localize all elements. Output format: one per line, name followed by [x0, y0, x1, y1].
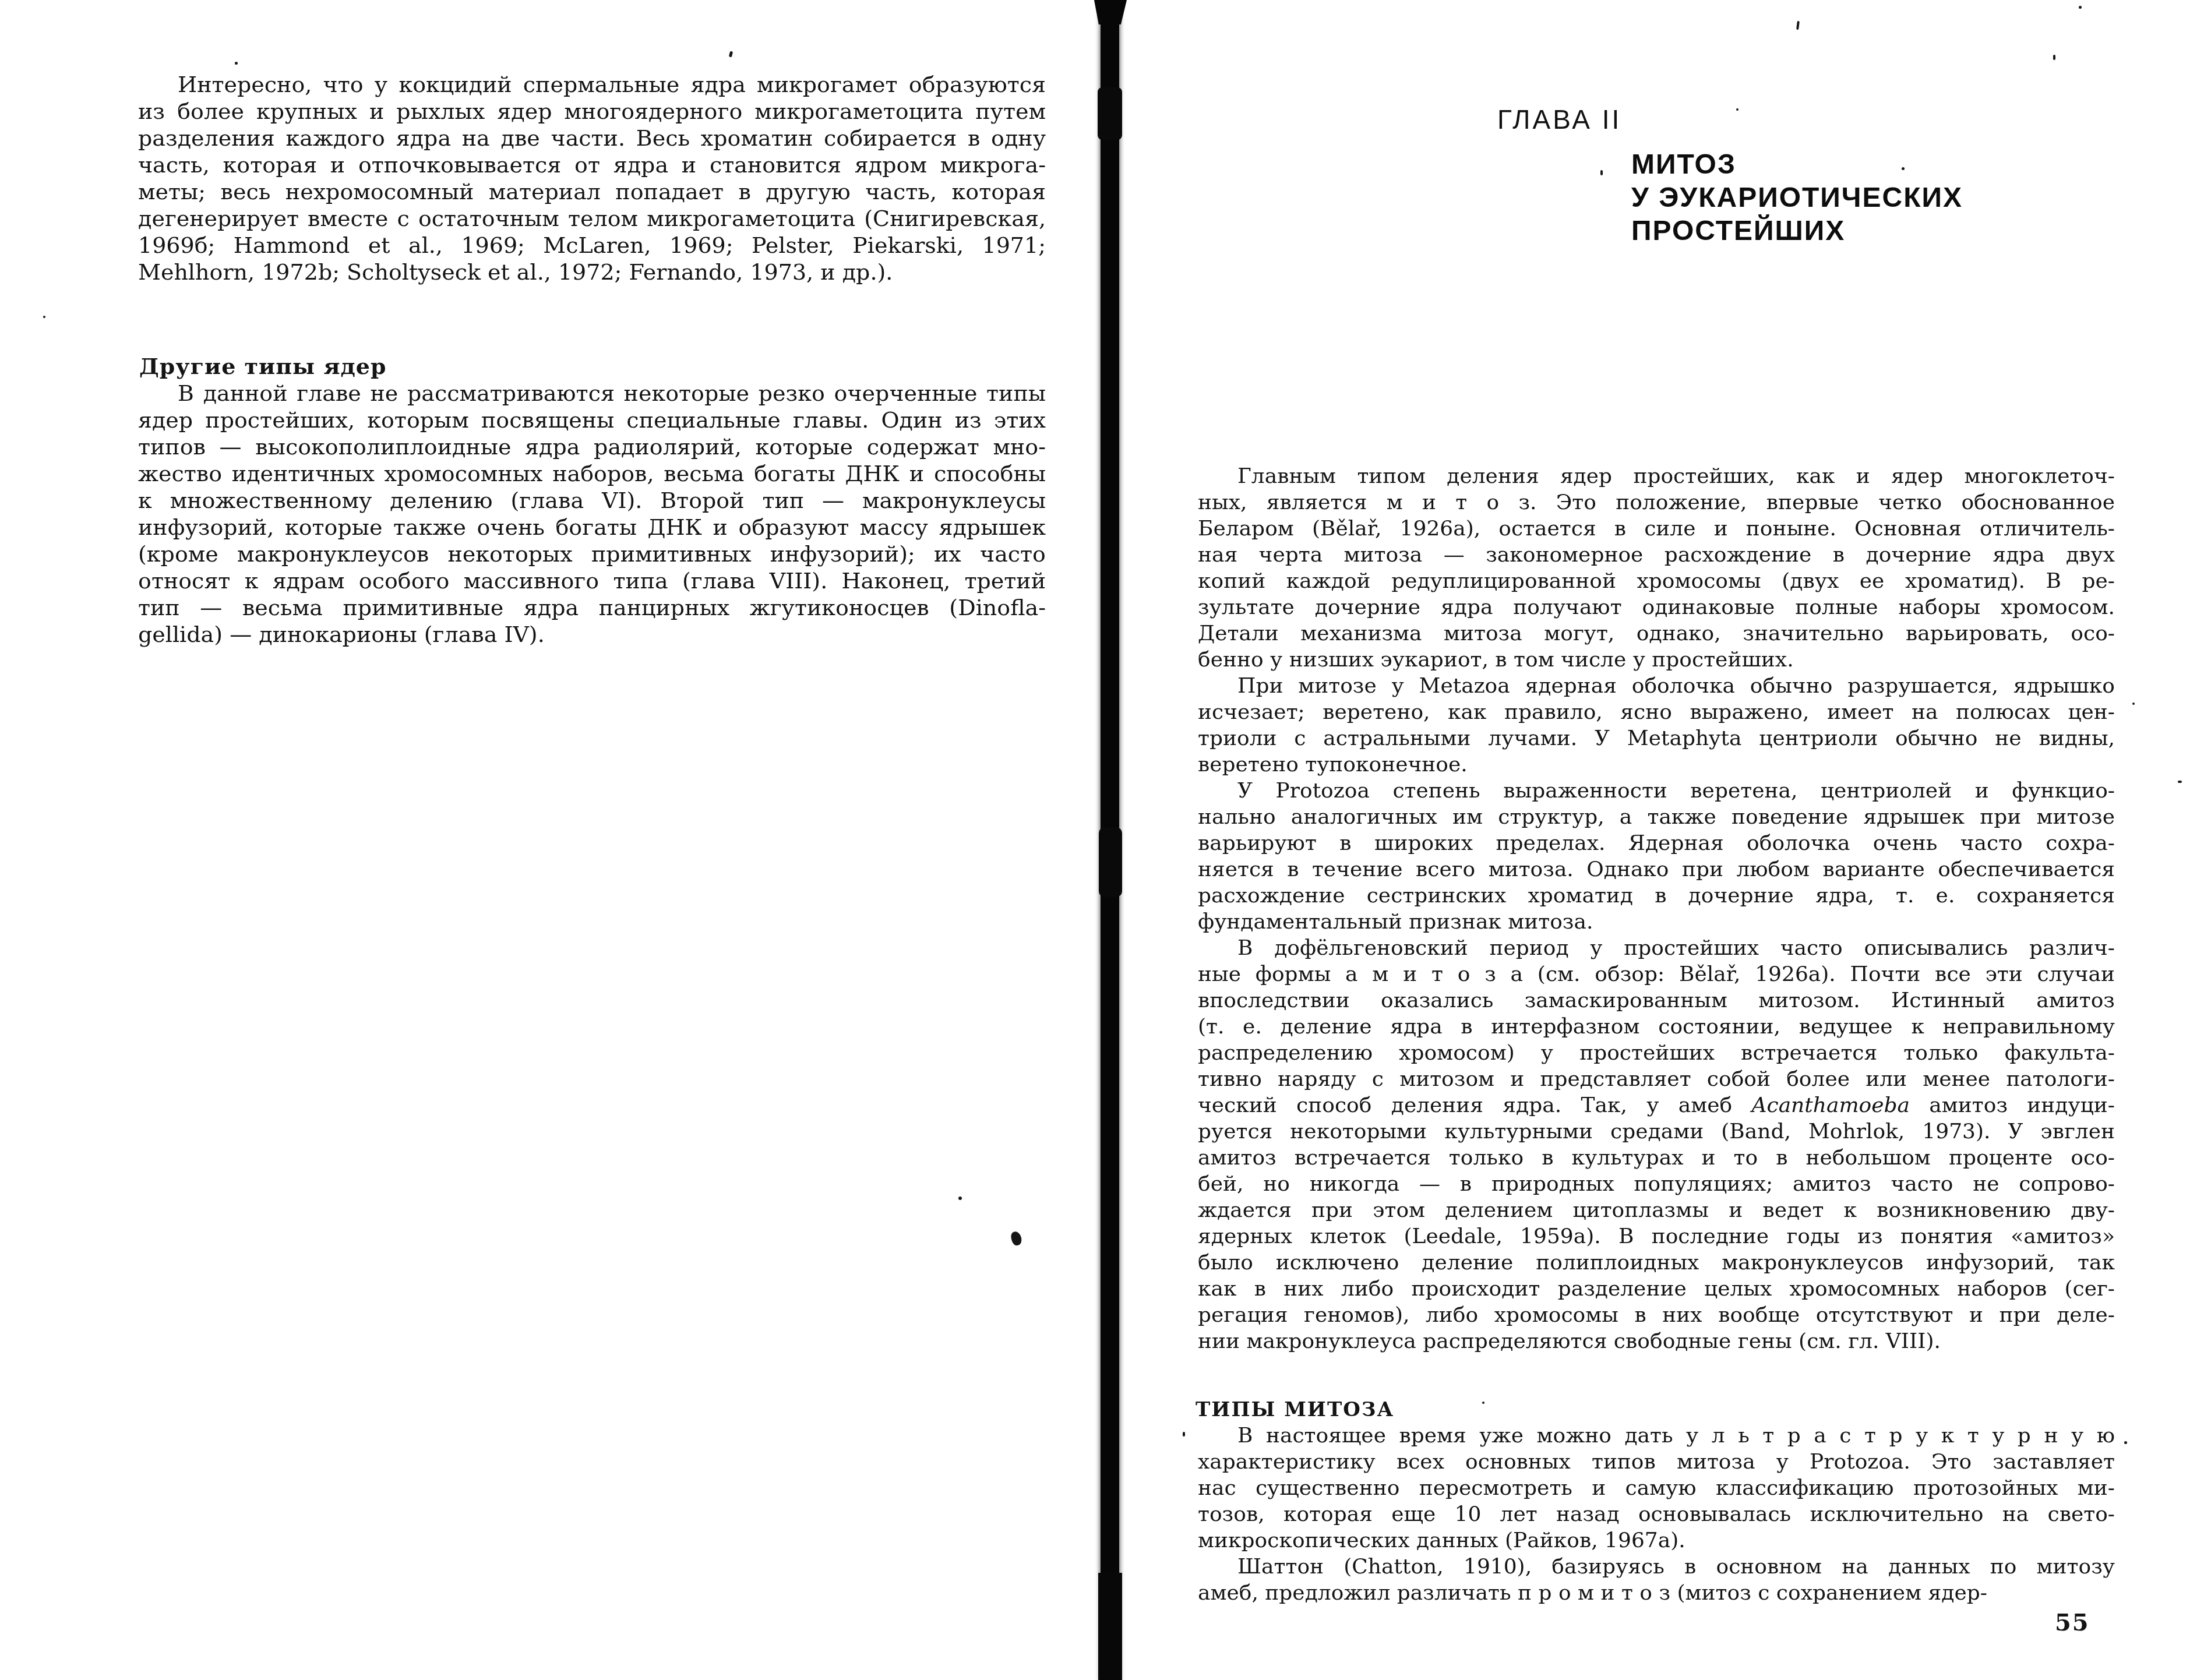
text-line: амеб, предложил различать п р о м и т о …: [1198, 1580, 2115, 1606]
text-line: Главным типом деления ядер простейших, к…: [1198, 463, 2115, 489]
text-line: ядерных клеток (Leedale, 1959a). В после…: [1198, 1223, 2115, 1250]
scan-speck: [958, 1197, 962, 1200]
text-line: микроскопических данных (Райков, 1967а).: [1198, 1527, 2115, 1554]
scan-speck: [1796, 21, 1800, 30]
text-line: 1969б; Hammond et al., 1969; McLaren, 19…: [138, 232, 1046, 259]
text-line: относят к ядрам особого массивного типа …: [138, 567, 1046, 594]
text-line: инфузорий, которые также очень богаты ДН…: [138, 514, 1046, 541]
text-line: фундаментальный признак митоза.: [1198, 909, 2115, 935]
scan-speck: [2079, 6, 2082, 9]
chapter-number-label: ГЛАВА II: [1497, 104, 1621, 135]
text-line: тозов, которая еще 10 лет назад основыва…: [1198, 1501, 2115, 1527]
scan-speck: [2132, 703, 2135, 705]
scan-speck: [2053, 55, 2055, 60]
text-line: В настоящее время уже можно дать у л ь т…: [1198, 1423, 2115, 1449]
text-line: было исключено деление полиплоидных макр…: [1198, 1250, 2115, 1276]
text-line: дегенерирует вместе с остаточным телом м…: [138, 205, 1046, 232]
text-line: нии макронуклеуса распределяются свободн…: [1198, 1328, 2115, 1354]
text-line: как в них либо происходит разделение цел…: [1198, 1276, 2115, 1302]
left-paragraph-other-nucleus-types: В данной главе не рассматриваются некото…: [138, 380, 1046, 648]
text-line: ядер простейших, которым посвящены специ…: [138, 407, 1046, 433]
text-line: бенно у низших эукариот, в том числе у п…: [1198, 647, 2115, 673]
scan-speck: [729, 51, 733, 58]
text-line: ные формы а м и т о з а (см. обзор: Běla…: [1198, 961, 2115, 987]
book-binding-edge-irregularity: [1099, 827, 1122, 897]
right-paragraph-amitosis: В дофёльгеновский период у простейших ча…: [1198, 935, 2115, 1354]
text-line: ная черта митоза — закономерное расхожде…: [1198, 542, 2115, 568]
scan-speck: [235, 62, 238, 65]
text-line: копий каждой редуплицированной хромосомы…: [1198, 568, 2115, 594]
right-paragraph-mitosis-main-type: Главным типом деления ядер простейших, к…: [1198, 463, 2115, 673]
text-line: к множественному делению (глава VI). Вто…: [138, 487, 1046, 514]
scan-speck: [1183, 1432, 1185, 1437]
text-line: (т. е. деление ядра в интерфазном состоя…: [1198, 1014, 2115, 1040]
text-line: разделения каждого ядра на две части. Ве…: [138, 125, 1046, 151]
text-line: Беларом (Bělař, 1926a), остается в силе …: [1198, 516, 2115, 542]
text-line: регация геномов), либо хромосомы в них в…: [1198, 1302, 2115, 1328]
right-section-heading-mitosis-types: ТИПЫ МИТОЗА: [1196, 1398, 1394, 1421]
text-line: няется в течение всего митоза. Однако пр…: [1198, 856, 2115, 883]
text-line: типов — высокополиплоидные ядра радиоляр…: [138, 433, 1046, 460]
scan-speck: [1482, 1402, 1484, 1404]
text-line: Шаттон (Chatton, 1910), базируясь в осно…: [1198, 1554, 2115, 1580]
text-line: зультате дочерние ядра получают одинаков…: [1198, 594, 2115, 620]
text-line: меты; весь нехромосомный материал попада…: [138, 178, 1046, 205]
scan-speck: [1010, 1230, 1022, 1246]
text-line: тивно наряду с митозом и представляет со…: [1198, 1066, 2115, 1092]
text-line: из более крупных и рыхлых ядер многоядер…: [138, 98, 1046, 125]
text-line: распределению хромосом) у простейших вст…: [1198, 1040, 2115, 1066]
text-line: варьируют в широких пределах. Ядерная об…: [1198, 830, 2115, 856]
text-line: характеристику всех основных типов митоз…: [1198, 1449, 2115, 1475]
text-line: впоследствии оказались замаскированным м…: [1198, 987, 2115, 1014]
page-number: 55: [2055, 1609, 2090, 1636]
text-line: Mehlhorn, 1972b; Scholtyseck et al., 197…: [138, 259, 1046, 285]
text-line: МИТОЗ: [1631, 148, 2097, 181]
text-line: бей, но никогда — в природных популяциях…: [1198, 1171, 2115, 1197]
text-line: веретено тупоконечное.: [1198, 751, 2115, 778]
text-line: амитоз встречается только в культурах и …: [1198, 1145, 2115, 1171]
scan-speck: [1736, 108, 1738, 111]
scan-speck: [2124, 1441, 2127, 1444]
text-line: ных, является м и т о з. Это положение, …: [1198, 489, 2115, 516]
scan-speck: [2178, 781, 2182, 783]
text-line: расхождение сестринских хроматид в дочер…: [1198, 883, 2115, 909]
text-line: ческий способ деления ядра. Так, у амеб …: [1198, 1092, 2115, 1118]
text-line: В дофёльгеновский период у простейших ча…: [1198, 935, 2115, 961]
right-paragraph-protozoa-spindle: У Protozoa степень выраженности веретена…: [1198, 778, 2115, 935]
text-line: gellida) — динокарионы (глава IV).: [138, 621, 1046, 648]
text-line: нас существенно пересмотреть и самую кла…: [1198, 1475, 2115, 1501]
left-section-heading: Другие типы ядер: [139, 353, 387, 379]
scan-speck: [1600, 170, 1603, 175]
text-line: У ЭУКАРИОТИЧЕСКИХ: [1631, 181, 2097, 214]
text-line: (кроме макронуклеусов некоторых примитив…: [138, 541, 1046, 567]
text-line: ПРОСТЕЙШИХ: [1631, 214, 2097, 248]
chapter-title: МИТОЗУ ЭУКАРИОТИЧЕСКИХПРОСТЕЙШИХ: [1631, 148, 2097, 248]
text-line: ждается при этом делением цитоплазмы и в…: [1198, 1197, 2115, 1223]
text-line: исчезает; веретено, как правило, ясно вы…: [1198, 699, 2115, 725]
right-paragraph-ultrastructure: В настоящее время уже можно дать у л ь т…: [1198, 1423, 2115, 1554]
right-paragraph-chatton-promitosis: Шаттон (Chatton, 1910), базируясь в осно…: [1198, 1554, 2115, 1606]
text-line: При митозе у Metazoa ядерная оболочка об…: [1198, 673, 2115, 699]
scan-speck: [1902, 167, 1905, 170]
book-spread: Интересно, что у кокцидий спермальные яд…: [0, 0, 2204, 1680]
right-paragraph-metazoa-mitosis: При митозе у Metazoa ядерная оболочка об…: [1198, 673, 2115, 778]
text-line: Детали механизма митоза могут, однако, з…: [1198, 620, 2115, 647]
scan-speck: [43, 316, 45, 318]
text-line: тип — весьма примитивные ядра панцирных …: [138, 594, 1046, 621]
text-line: руется некоторыми культурными средами (B…: [1198, 1118, 2115, 1145]
book-binding-edge-irregularity: [1098, 1573, 1122, 1680]
text-line: У Protozoa степень выраженности веретена…: [1198, 778, 2115, 804]
text-line: триоли с астральными лучами. У Metaphyta…: [1198, 725, 2115, 751]
left-paragraph-coccidia: Интересно, что у кокцидий спермальные яд…: [138, 71, 1046, 285]
text-line: нально аналогичных им структур, а также …: [1198, 804, 2115, 830]
text-line: жество идентичных хромосомных наборов, в…: [138, 460, 1046, 487]
text-line: В данной главе не рассматриваются некото…: [138, 380, 1046, 407]
book-binding-edge-irregularity: [1098, 87, 1122, 140]
text-line: Интересно, что у кокцидий спермальные яд…: [138, 71, 1046, 98]
text-line: часть, которая и отпочковывается от ядра…: [138, 151, 1046, 178]
book-binding-top-edge: [1094, 0, 1127, 24]
